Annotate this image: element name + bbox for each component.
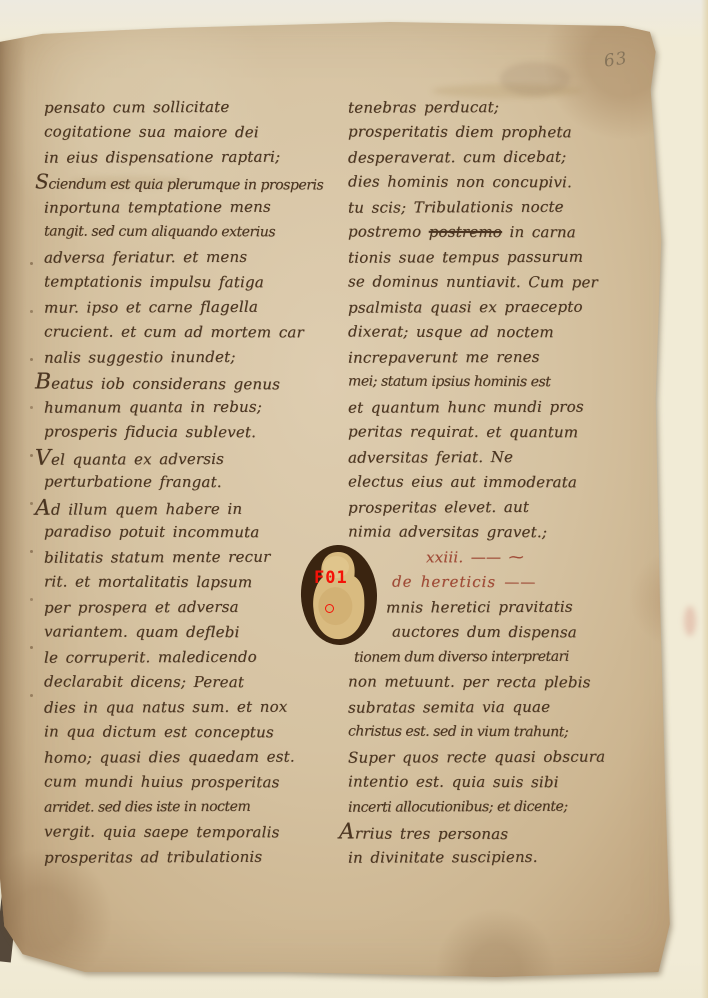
- manuscript-line: subratas semita via quae: [348, 694, 660, 720]
- manuscript-line: tangit. sed cum aliquando exterius: [44, 219, 356, 245]
- manuscript-line: adversitas feriat. Ne: [348, 444, 660, 470]
- line-segment: postremo: [348, 222, 429, 240]
- chapter-title-rubric: de hereticis ——: [348, 569, 660, 595]
- manuscript-line: tionis suae tempus passurum: [348, 244, 660, 270]
- folio-number: 63: [603, 48, 629, 71]
- manuscript-line: prosperitas elevet. aut: [348, 494, 660, 520]
- scan-background: 63 pensato cum sollicitate cogitatione s…: [0, 0, 708, 998]
- manuscript-line: crucient. et cum ad mortem car: [44, 319, 356, 345]
- page-wrapper: 63 pensato cum sollicitate cogitatione s…: [0, 0, 708, 998]
- manuscript-line: prosperitatis diem propheta: [348, 119, 660, 145]
- manuscript-line: humanum quanta in rebus;: [44, 394, 356, 420]
- manuscript-line-with-correction: postremo postremo in carna: [348, 219, 660, 245]
- parchment-stain: [500, 62, 570, 96]
- manuscript-scan-viewport: { "page": { "folio_number": "63", "annot…: [0, 0, 708, 998]
- manuscript-line: nalis suggestio inundet;: [44, 344, 356, 370]
- manuscript-line: pensato cum sollicitate: [44, 94, 356, 120]
- manuscript-line: in divinitate suscipiens.: [348, 844, 660, 870]
- line-segment: in carna: [502, 223, 576, 241]
- manuscript-line: adversa feriatur. et mens: [44, 244, 356, 270]
- manuscript-line: Beatus iob considerans genus: [44, 369, 356, 395]
- manuscript-line: le corruperit. maledicendo: [44, 644, 356, 670]
- manuscript-line: et quantum hunc mundi pros: [348, 394, 660, 420]
- manuscript-line: tionem dum diverso interpretari: [348, 644, 660, 670]
- annotation-target-marker[interactable]: [325, 604, 334, 613]
- illuminated-initial-o: O: [297, 543, 381, 649]
- manuscript-line: Ad illum quem habere in: [44, 494, 356, 520]
- manuscript-line: homo; quasi dies quaedam est.: [44, 744, 356, 770]
- manuscript-line: declarabit dicens; Pereat: [44, 669, 356, 695]
- manuscript-line: se dominus nuntiavit. Cum per: [348, 269, 660, 295]
- adjacent-page-edge: [701, 0, 708, 998]
- left-text-column: pensato cum sollicitate cogitatione sua …: [44, 95, 356, 870]
- manuscript-line: in qua dictum est conceptus: [44, 719, 356, 745]
- manuscript-line: desperaverat. cum dicebat;: [348, 144, 660, 170]
- manuscript-line: christus est. sed in vium trahunt;: [348, 719, 660, 745]
- manuscript-line: mei; statum ipsius hominis est: [348, 369, 660, 395]
- manuscript-line: nimia adversitas gravet.;: [348, 519, 660, 545]
- manuscript-line: tu scis; Tribulationis nocte: [348, 194, 660, 220]
- manuscript-line: inportuna temptatione mens: [44, 194, 356, 220]
- manuscript-line: psalmista quasi ex praecepto: [348, 294, 660, 320]
- manuscript-line: mnis heretici pravitatis: [348, 594, 660, 620]
- manuscript-line: paradiso potuit incommuta: [44, 519, 356, 545]
- manuscript-line: perturbatione frangat.: [44, 469, 356, 495]
- manuscript-line: peritas requirat. et quantum: [348, 419, 660, 445]
- manuscript-line: Super quos recte quasi obscura: [348, 744, 660, 770]
- manuscript-line: dixerat; usque ad noctem: [348, 319, 660, 345]
- manuscript-line: Vel quanta ex adversis: [44, 444, 356, 470]
- manuscript-line: incerti allocutionibus; et dicente;: [348, 794, 660, 820]
- gutter-shadow: [0, 0, 26, 998]
- manuscript-line: dies hominis non concupivi.: [348, 169, 660, 195]
- manuscript-line: electus eius aut immoderata: [348, 469, 660, 495]
- manuscript-line: mur. ipso et carne flagella: [44, 294, 356, 320]
- manuscript-line: Sciendum est quia plerumque in prosperis: [44, 169, 356, 195]
- manuscript-line: auctores dum dispensa: [348, 619, 660, 645]
- manuscript-page: 63 pensato cum sollicitate cogitatione s…: [0, 0, 708, 998]
- annotation-label-f01[interactable]: F01: [314, 568, 348, 588]
- manuscript-line: cum mundi huius prosperitas: [44, 769, 356, 795]
- manuscript-line: Arrius tres personas: [348, 819, 660, 845]
- manuscript-line: temptationis impulsu fatiga: [44, 269, 356, 295]
- illuminated-initial-o-drawing: [297, 543, 381, 649]
- manuscript-line: cogitatione sua maiore dei: [44, 119, 356, 145]
- margin-stain: [684, 606, 696, 636]
- struck-word: postremo: [429, 223, 502, 241]
- pricking-marks: [30, 262, 33, 265]
- manuscript-line: prosperitas ad tribulationis: [44, 844, 356, 870]
- manuscript-line: arridet. sed dies iste in noctem: [44, 794, 356, 820]
- manuscript-line: in eius dispensatione raptari;: [44, 144, 356, 170]
- manuscript-line: increpaverunt me renes: [348, 344, 660, 370]
- right-text-column: tenebras perducat; prosperitatis diem pr…: [348, 95, 660, 870]
- manuscript-line: intentio est. quia suis sibi: [348, 769, 660, 795]
- manuscript-line: vergit. quia saepe temporalis: [44, 819, 356, 845]
- manuscript-line: prosperis fiducia sublevet.: [44, 419, 356, 445]
- chapter-numeral: xxiii. —— ⁓: [348, 544, 660, 570]
- manuscript-line: tenebras perducat;: [348, 94, 660, 120]
- manuscript-line: non metuunt. per recta plebis: [348, 669, 660, 695]
- manuscript-line: dies in qua natus sum. et nox: [44, 694, 356, 720]
